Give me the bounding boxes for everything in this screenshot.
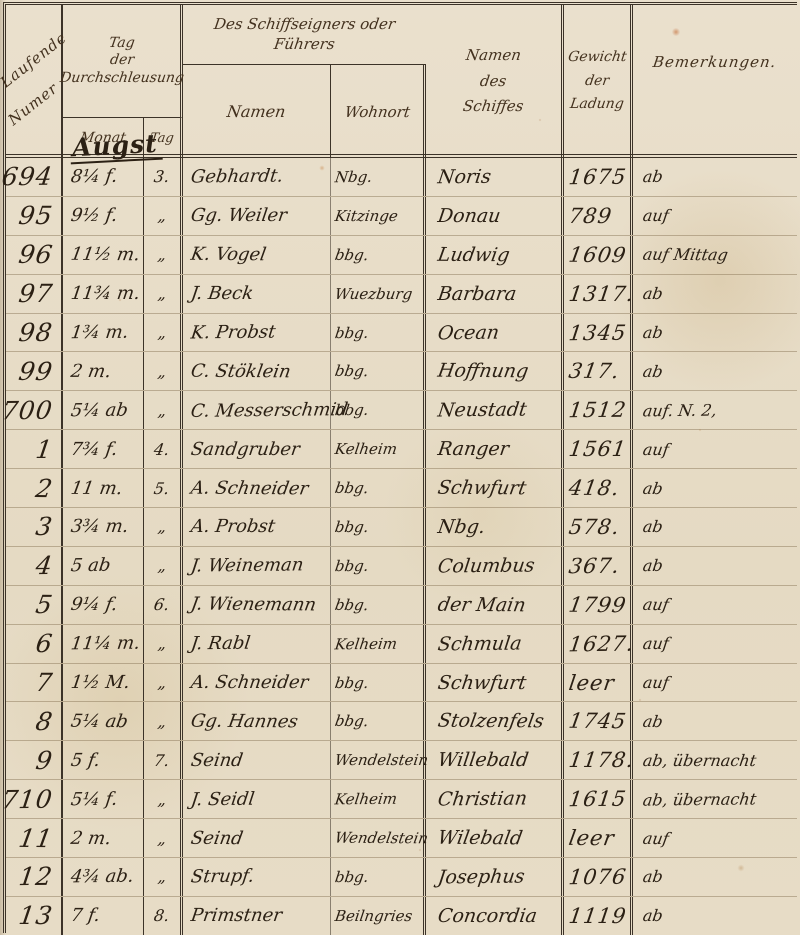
cell-schiff-name: Schwfurt	[426, 469, 564, 507]
gewicht-value: 1561	[567, 437, 628, 461]
schiffer-name-value: A. Schneider	[189, 477, 310, 499]
cell-schiff-name: Josephus	[426, 858, 564, 896]
cell-schiffer-name: J. Wienemann	[183, 586, 331, 624]
cell-bemerkung: ab	[633, 314, 797, 352]
cell-wohnort: bbg.	[331, 236, 426, 274]
schleusung-zeit-value: 5¼ ab	[69, 711, 129, 732]
schiffer-name-value: A. Probst	[190, 516, 277, 537]
cell-bemerkung: ab	[633, 702, 797, 740]
cell-schleusung-zeit: 11½ m.	[63, 236, 144, 274]
table-row: 5 9¼ f. 6. J. Wienemann bbg. der Main 17…	[6, 586, 797, 625]
cell-tag: „	[144, 391, 183, 429]
schiff-name-value: Ranger	[436, 438, 510, 460]
cell-schiff-name: Barbara	[426, 275, 564, 313]
gewicht-value: 789	[567, 204, 613, 228]
cell-schiffer-name: Seind	[183, 819, 331, 857]
cell-bemerkung: ab	[633, 158, 797, 196]
cell-laufende-numer: 12	[6, 858, 63, 896]
bemerkung-value: ab	[642, 323, 664, 342]
schiffer-name-value: J. Wienemann	[189, 594, 317, 616]
header-wohnort: Wohnort	[331, 65, 426, 158]
cell-bemerkung: auf	[633, 625, 797, 663]
cell-bemerkung: auf	[633, 430, 797, 468]
cell-tag: „	[144, 275, 183, 313]
schleusung-zeit-value: 3¾ m.	[70, 516, 130, 537]
cell-tag: „	[144, 314, 183, 352]
cell-laufende-numer: 2	[6, 469, 63, 507]
cell-gewicht: 1609	[564, 236, 633, 274]
schiffer-name-value: J. Seidl	[190, 788, 256, 810]
cell-gewicht: leer	[564, 819, 633, 857]
cell-gewicht: 1178.	[564, 741, 633, 779]
table-row: 6 11¼ m. „ J. Rabl Kelheim Schmula 1627.…	[6, 625, 797, 664]
cell-wohnort: bbg.	[331, 547, 426, 585]
bemerkung-value: ab	[641, 478, 664, 497]
table-row: 4 5 ab „ J. Weineman bbg. Columbus 367. …	[6, 547, 797, 586]
cell-schiffer-name: C. Messerschmid	[183, 391, 331, 429]
cell-laufende-numer: 4	[6, 547, 63, 585]
gewicht-value: leer	[567, 826, 617, 850]
laufende-numer-value: 95	[17, 201, 55, 230]
cell-gewicht: 1745	[564, 702, 633, 740]
table-row: 9 5 f. 7. Seind Wendelstein Willebald 11…	[6, 741, 797, 780]
cell-laufende-numer: 97	[6, 275, 63, 313]
schleusung-zeit-value: 5 ab	[70, 555, 112, 576]
laufende-numer-value: 11	[17, 823, 56, 852]
cell-tag: „	[144, 236, 183, 274]
schiffer-name-value: C. Stöklein	[189, 361, 292, 383]
wohnort-value: Kelheim	[334, 440, 399, 458]
gewicht-value: 1615	[567, 787, 628, 812]
schiff-name-value: Nbg.	[436, 516, 486, 538]
bemerkung-value: auf	[642, 634, 670, 653]
cell-tag: 6.	[144, 586, 183, 624]
cell-laufende-numer: 11	[6, 819, 63, 857]
cell-schleusung-zeit: 1¾ m.	[63, 314, 144, 352]
laufende-numer-value: 8	[34, 707, 56, 736]
header-tag-der-durchschleusung: Tag der Durchschleusung	[63, 5, 183, 117]
table-row: 13 7 f. 8. Primstner Beilngries Concordi…	[6, 897, 797, 935]
wohnort-value: Kitzinge	[334, 207, 399, 225]
cell-bemerkung: ab	[633, 469, 797, 507]
bemerkung-value: auf	[642, 440, 670, 459]
tag-value: 4.	[153, 440, 171, 459]
tag-value: „	[157, 284, 168, 303]
cell-schiff-name: Ludwig	[426, 236, 564, 274]
cell-laufende-numer: 3	[6, 508, 63, 546]
cell-laufende-numer: 1	[6, 430, 63, 468]
schiff-name-value: Christian	[437, 788, 529, 811]
schleusung-zeit-value: 11¼ m.	[70, 633, 142, 655]
laufende-numer-value: 98	[17, 318, 55, 347]
gewicht-value: 1745	[567, 709, 628, 733]
wohnort-value: bbg.	[334, 518, 370, 536]
cell-schleusung-zeit: 5¼ f.	[63, 780, 144, 818]
cell-gewicht: 418.	[564, 469, 633, 507]
laufende-numer-value: 97	[17, 279, 55, 308]
cell-bemerkung: auf. N. 2,	[633, 391, 797, 429]
cell-bemerkung: auf	[633, 197, 797, 235]
cell-bemerkung: auf	[633, 586, 797, 624]
bemerkung-value: ab	[642, 517, 664, 536]
laufende-numer-value: 7	[34, 668, 55, 697]
cell-schiffer-name: Gg. Weiler	[183, 197, 331, 235]
cell-tag: „	[144, 352, 183, 390]
cell-tag: „	[144, 625, 183, 663]
wohnort-value: Wendelstein	[334, 751, 430, 769]
bemerkung-value: ab	[642, 284, 664, 303]
cell-schiff-name: Willebald	[426, 741, 564, 779]
tag-value: 3.	[153, 167, 171, 186]
wohnort-value: Wuezburg	[334, 285, 414, 303]
laufende-numer-value: 96	[17, 240, 56, 269]
table-row: 7 1½ M. „ A. Schneider bbg. Schwfurt lee…	[6, 664, 797, 703]
header-tag-line2: der	[108, 52, 134, 70]
cell-schiffer-name: A. Probst	[183, 508, 331, 546]
schleusung-zeit-value: 4¾ ab.	[70, 866, 135, 888]
tag-value: „	[156, 712, 167, 731]
bemerkung-value: auf	[641, 828, 670, 847]
table-row: 95 9½ f. „ Gg. Weiler Kitzinge Donau 789…	[6, 197, 797, 236]
bemerkung-value: ab, übernacht	[642, 789, 758, 809]
cell-laufende-numer: 96	[6, 236, 63, 274]
gewicht-value: 1119	[567, 904, 628, 928]
gewicht-value: 1609	[567, 243, 628, 267]
cell-schleusung-zeit: 5¼ ab	[63, 702, 144, 740]
header-schiff-line1: Namen	[464, 43, 522, 69]
cell-schiff-name: Christian	[426, 780, 564, 818]
cell-schiff-name: Nbg.	[426, 508, 564, 546]
cell-gewicht: 1675	[564, 158, 633, 196]
tag-value: „	[157, 517, 168, 536]
table-row: 1 7¾ f. 4. Sandgruber Kelheim Ranger 156…	[6, 430, 797, 469]
wohnort-value: Nbg.	[334, 168, 374, 186]
tag-value: 7.	[153, 751, 171, 770]
cell-schiffer-name: J. Weineman	[183, 547, 331, 585]
wohnort-value: bbg.	[334, 557, 370, 575]
cell-wohnort: Kitzinge	[331, 197, 426, 235]
cell-tag: 8.	[144, 897, 183, 935]
cell-tag: 7.	[144, 741, 183, 779]
header-laufende-numer: Laufende Numer	[6, 5, 63, 158]
schleusung-zeit-value: 1½ M.	[70, 672, 132, 693]
cell-bemerkung: ab	[633, 858, 797, 896]
bemerkung-value: ab, übernacht	[642, 751, 758, 770]
wohnort-value: bbg.	[334, 868, 370, 886]
gewicht-value: 1799	[567, 593, 628, 617]
header-gewicht-line1: Gewicht	[566, 46, 628, 70]
schiff-name-value: Schwfurt	[436, 672, 527, 694]
cell-schiff-name: Noris	[426, 158, 564, 196]
cell-wohnort: Nbg.	[331, 158, 426, 196]
header-schiffseigner-line1: Des Schiffseigners oder	[213, 15, 397, 35]
cell-bemerkung: auf Mittag	[633, 236, 797, 274]
schiffer-name-value: Seind	[189, 827, 244, 848]
table-row: 3 3¾ m. „ A. Probst bbg. Nbg. 578. ab	[6, 508, 797, 547]
schiff-name-value: Columbus	[437, 554, 536, 577]
schiffer-name-value: Gebhardt.	[190, 166, 285, 188]
header-schiffseigner: Des Schiffseigners oder Führers	[183, 5, 426, 65]
cell-schiffer-name: A. Schneider	[183, 469, 331, 507]
wohnort-value: Wendelstein	[334, 829, 430, 848]
cell-bemerkung: auf	[633, 664, 797, 702]
laufende-numer-value: 5	[34, 590, 56, 619]
cell-schiff-name: Wilebald	[426, 819, 564, 857]
schiff-name-value: Josephus	[437, 866, 526, 889]
laufende-numer-value: 12	[17, 862, 55, 891]
schiff-name-value: Schmula	[437, 632, 524, 655]
tag-value: „	[157, 206, 168, 225]
cell-wohnort: bbg.	[331, 858, 426, 896]
schiff-name-value: Willebald	[436, 749, 529, 771]
cell-schiffer-name: J. Seidl	[183, 780, 331, 818]
wohnort-value: bbg.	[334, 362, 371, 380]
cell-schleusung-zeit: 5 ab	[63, 547, 144, 585]
cell-bemerkung: ab	[633, 508, 797, 546]
schiffer-name-value: C. Messerschmid	[190, 399, 350, 422]
laufende-numer-value: 9	[34, 746, 55, 775]
header-namen-des-schiffes: Namen des Schiffes	[426, 5, 564, 158]
gewicht-value: 578.	[567, 515, 621, 539]
cell-laufende-numer: 95	[6, 197, 63, 235]
cell-gewicht: 1799	[564, 586, 633, 624]
schleusung-zeit-value: 9¼ f.	[69, 594, 119, 615]
cell-bemerkung: ab, übernacht	[633, 780, 797, 818]
tag-value: „	[157, 323, 168, 342]
cell-gewicht: 1076	[564, 858, 633, 896]
cell-bemerkung: ab	[633, 275, 797, 313]
cell-gewicht: 1627.	[564, 625, 633, 663]
cell-laufende-numer: 98	[6, 314, 63, 352]
bemerkung-value: auf. N. 2,	[642, 400, 718, 420]
cell-schiffer-name: Gg. Hannes	[183, 702, 331, 740]
cell-schleusung-zeit: 11¾ m.	[63, 275, 144, 313]
cell-schiffer-name: Primstner	[183, 897, 331, 935]
gewicht-value: 1512	[567, 398, 628, 423]
cell-laufende-numer: 8	[6, 702, 63, 740]
header-schiffseigner-line2: Führers	[273, 35, 336, 55]
schiff-name-value: Ocean	[437, 321, 501, 344]
table-row: 2 11 m. 5. A. Schneider bbg. Schwfurt 41…	[6, 469, 797, 508]
cell-laufende-numer: 5	[6, 586, 63, 624]
cell-gewicht: 1512	[564, 391, 633, 429]
schiff-name-value: Barbara	[436, 283, 517, 305]
cell-wohnort: Wendelstein	[331, 819, 426, 857]
header-tag-line1: Tag	[107, 35, 135, 53]
laufende-numer-value: 694	[0, 162, 55, 192]
cell-schleusung-zeit: 2 m.	[63, 819, 144, 857]
gewicht-value: 1178.	[567, 748, 635, 772]
schiff-name-value: Stolzenfels	[436, 710, 545, 733]
header-schiff-line2: des	[479, 69, 509, 95]
wohnort-value: bbg.	[334, 674, 370, 692]
laufende-numer-value: 3	[34, 512, 55, 541]
laufende-numer-value: 13	[17, 901, 55, 930]
wohnort-value: Beilngries	[334, 907, 414, 925]
bemerkung-value: auf	[642, 673, 670, 692]
gewicht-value: 317.	[567, 359, 622, 383]
schiffer-name-value: Strupf.	[190, 866, 256, 888]
cell-schleusung-zeit: 7¾ f.	[63, 430, 144, 468]
cell-schiffer-name: Gebhardt.	[183, 158, 331, 196]
cell-schiff-name: Schmula	[426, 625, 564, 663]
cell-tag: „	[144, 197, 183, 235]
cell-tag: „	[144, 819, 183, 857]
cell-schleusung-zeit: 9½ f.	[63, 197, 144, 235]
schleusung-zeit-value: 8¼ f.	[70, 166, 119, 187]
cell-schleusung-zeit: 9¼ f.	[63, 586, 144, 624]
tag-value: „	[156, 829, 167, 848]
schleusung-zeit-value: 9½ f.	[70, 205, 119, 226]
schiffer-name-value: K. Probst	[190, 322, 277, 344]
cell-schiff-name: Stolzenfels	[426, 702, 564, 740]
schleusung-zeit-value: 7 f.	[70, 905, 102, 926]
tag-value: „	[157, 634, 168, 653]
cell-schiff-name: Concordia	[426, 897, 564, 935]
table-row: 99 2 m. „ C. Stöklein bbg. Hoffnung 317.…	[6, 352, 797, 391]
schiff-name-value: Schwfurt	[436, 477, 528, 500]
laufende-numer-value: 2	[34, 474, 56, 503]
cell-laufende-numer: 7	[6, 664, 63, 702]
table-row: 97 11¾ m. „ J. Beck Wuezburg Barbara 131…	[6, 275, 797, 314]
cell-wohnort: bbg.	[331, 391, 426, 429]
cell-wohnort: bbg.	[331, 469, 426, 507]
cell-schiff-name: der Main	[426, 586, 564, 624]
table-row: 700 5¼ ab „ C. Messerschmid bbg. Neustad…	[6, 391, 797, 430]
cell-wohnort: bbg.	[331, 314, 426, 352]
cell-laufende-numer: 9	[6, 741, 63, 779]
cell-gewicht: 1561	[564, 430, 633, 468]
cell-schiff-name: Schwfurt	[426, 664, 564, 702]
table-row: 710 5¼ f. „ J. Seidl Kelheim Christian 1…	[6, 780, 797, 819]
cell-schiff-name: Hoffnung	[426, 352, 564, 390]
schiffer-name-value: J. Beck	[190, 283, 255, 304]
cell-tag: „	[144, 664, 183, 702]
cell-schiff-name: Ranger	[426, 430, 564, 468]
cell-schiffer-name: K. Vogel	[183, 236, 331, 274]
schleusung-zeit-value: 11¾ m.	[70, 283, 142, 304]
wohnort-value: bbg.	[334, 323, 370, 341]
cell-bemerkung: ab	[633, 352, 797, 390]
laufende-numer-value: 1	[34, 435, 55, 464]
laufende-numer-value: 6	[34, 629, 55, 658]
schleusung-zeit-value: 5¼ f.	[70, 788, 119, 809]
schiffer-name-value: Gg. Hannes	[189, 711, 299, 733]
schiffer-name-value: J. Rabl	[190, 633, 252, 655]
header-gewicht-der-ladung: Gewicht der Ladung	[564, 5, 633, 158]
bemerkung-value: ab	[642, 167, 664, 186]
cell-bemerkung: ab	[633, 547, 797, 585]
schiff-name-value: Hoffnung	[436, 360, 530, 383]
table-row: 694 8¼ f. 3. Gebhardt. Nbg. Noris 1675 a…	[6, 158, 797, 197]
cell-gewicht: 367.	[564, 547, 633, 585]
schleusung-zeit-value: 5¼ ab	[70, 399, 130, 421]
header-namen: Namen	[183, 65, 331, 158]
cell-wohnort: Kelheim	[331, 780, 426, 818]
cell-gewicht: 578.	[564, 508, 633, 546]
schleusung-zeit-value: 5 f.	[70, 750, 102, 771]
cell-schiff-name: Donau	[426, 197, 564, 235]
cell-schiffer-name: Strupf.	[183, 858, 331, 896]
cell-wohnort: bbg.	[331, 508, 426, 546]
schiff-name-value: Neustadt	[437, 399, 529, 422]
gewicht-value: 1317.	[567, 282, 635, 306]
schleusung-zeit-value: 1¾ m.	[70, 322, 130, 344]
cell-wohnort: Wendelstein	[331, 741, 426, 779]
cell-bemerkung: ab, übernacht	[633, 741, 797, 779]
header-bemerkungen-label: Bemerkungen.	[652, 53, 778, 71]
cell-gewicht: 789	[564, 197, 633, 235]
gewicht-value: 1076	[567, 865, 628, 890]
header-namen-label: Namen	[226, 102, 287, 121]
cell-tag: „	[144, 508, 183, 546]
header-gewicht-line2: der	[583, 70, 610, 94]
cell-wohnort: bbg.	[331, 352, 426, 390]
wohnort-value: bbg.	[334, 479, 371, 497]
cell-schiffer-name: C. Stöklein	[183, 352, 331, 390]
cell-schleusung-zeit: 11¼ m.	[63, 625, 144, 663]
tag-value: 5.	[153, 479, 171, 498]
schiffer-name-value: J. Weineman	[190, 555, 305, 577]
table-row: 12 4¾ ab. „ Strupf. bbg. Josephus 1076 a…	[6, 858, 797, 897]
schiffer-name-value: Gg. Weiler	[190, 205, 289, 226]
header-gewicht-line3: Ladung	[569, 93, 626, 117]
cell-schiffer-name: Seind	[183, 741, 331, 779]
gewicht-value: 1675	[567, 165, 628, 190]
cell-laufende-numer: 694	[6, 158, 63, 196]
cell-bemerkung: auf	[633, 819, 797, 857]
wohnort-value: bbg.	[334, 401, 370, 419]
schleusung-zeit-value: 7¾ f.	[70, 439, 119, 460]
header-tag-line3: Durchschleusung	[58, 70, 184, 88]
cell-laufende-numer: 13	[6, 897, 63, 935]
tag-value: „	[157, 790, 168, 809]
cell-wohnort: Wuezburg	[331, 275, 426, 313]
table-row: 11 2 m. „ Seind Wendelstein Wilebald lee…	[6, 819, 797, 858]
cell-laufende-numer: 710	[6, 780, 63, 818]
schiffer-name-value: K. Vogel	[189, 244, 267, 266]
cell-schiff-name: Columbus	[426, 547, 564, 585]
tag-value: „	[157, 401, 168, 420]
header-bemerkungen: Bemerkungen.	[633, 5, 797, 158]
tag-value: „	[157, 673, 168, 692]
tag-value: „	[157, 556, 168, 575]
cell-schiffer-name: K. Probst	[183, 314, 331, 352]
cell-tag: „	[144, 702, 183, 740]
schiffer-name-value: Primstner	[190, 905, 284, 926]
cell-schiffer-name: Sandgruber	[183, 430, 331, 468]
schiff-name-value: Donau	[436, 205, 502, 227]
laufende-numer-value: 700	[0, 396, 55, 426]
schiffer-name-value: Seind	[190, 750, 245, 771]
schiff-name-value: Wilebald	[436, 827, 524, 850]
cell-schiff-name: Ocean	[426, 314, 564, 352]
cell-gewicht: leer	[564, 664, 633, 702]
gewicht-value: 367.	[567, 554, 621, 579]
cell-wohnort: Kelheim	[331, 625, 426, 663]
tag-value: „	[157, 867, 168, 886]
cell-gewicht: 317.	[564, 352, 633, 390]
schiff-name-value: Concordia	[436, 905, 538, 927]
cell-wohnort: Kelheim	[331, 430, 426, 468]
bemerkung-value: auf Mittag	[641, 245, 729, 265]
header-schiff-line3: Schiffes	[462, 94, 526, 120]
cell-schleusung-zeit: 5¼ ab	[63, 391, 144, 429]
cell-laufende-numer: 99	[6, 352, 63, 390]
cell-gewicht: 1615	[564, 780, 633, 818]
bemerkung-value: ab	[641, 362, 664, 381]
cell-wohnort: Beilngries	[331, 897, 426, 935]
